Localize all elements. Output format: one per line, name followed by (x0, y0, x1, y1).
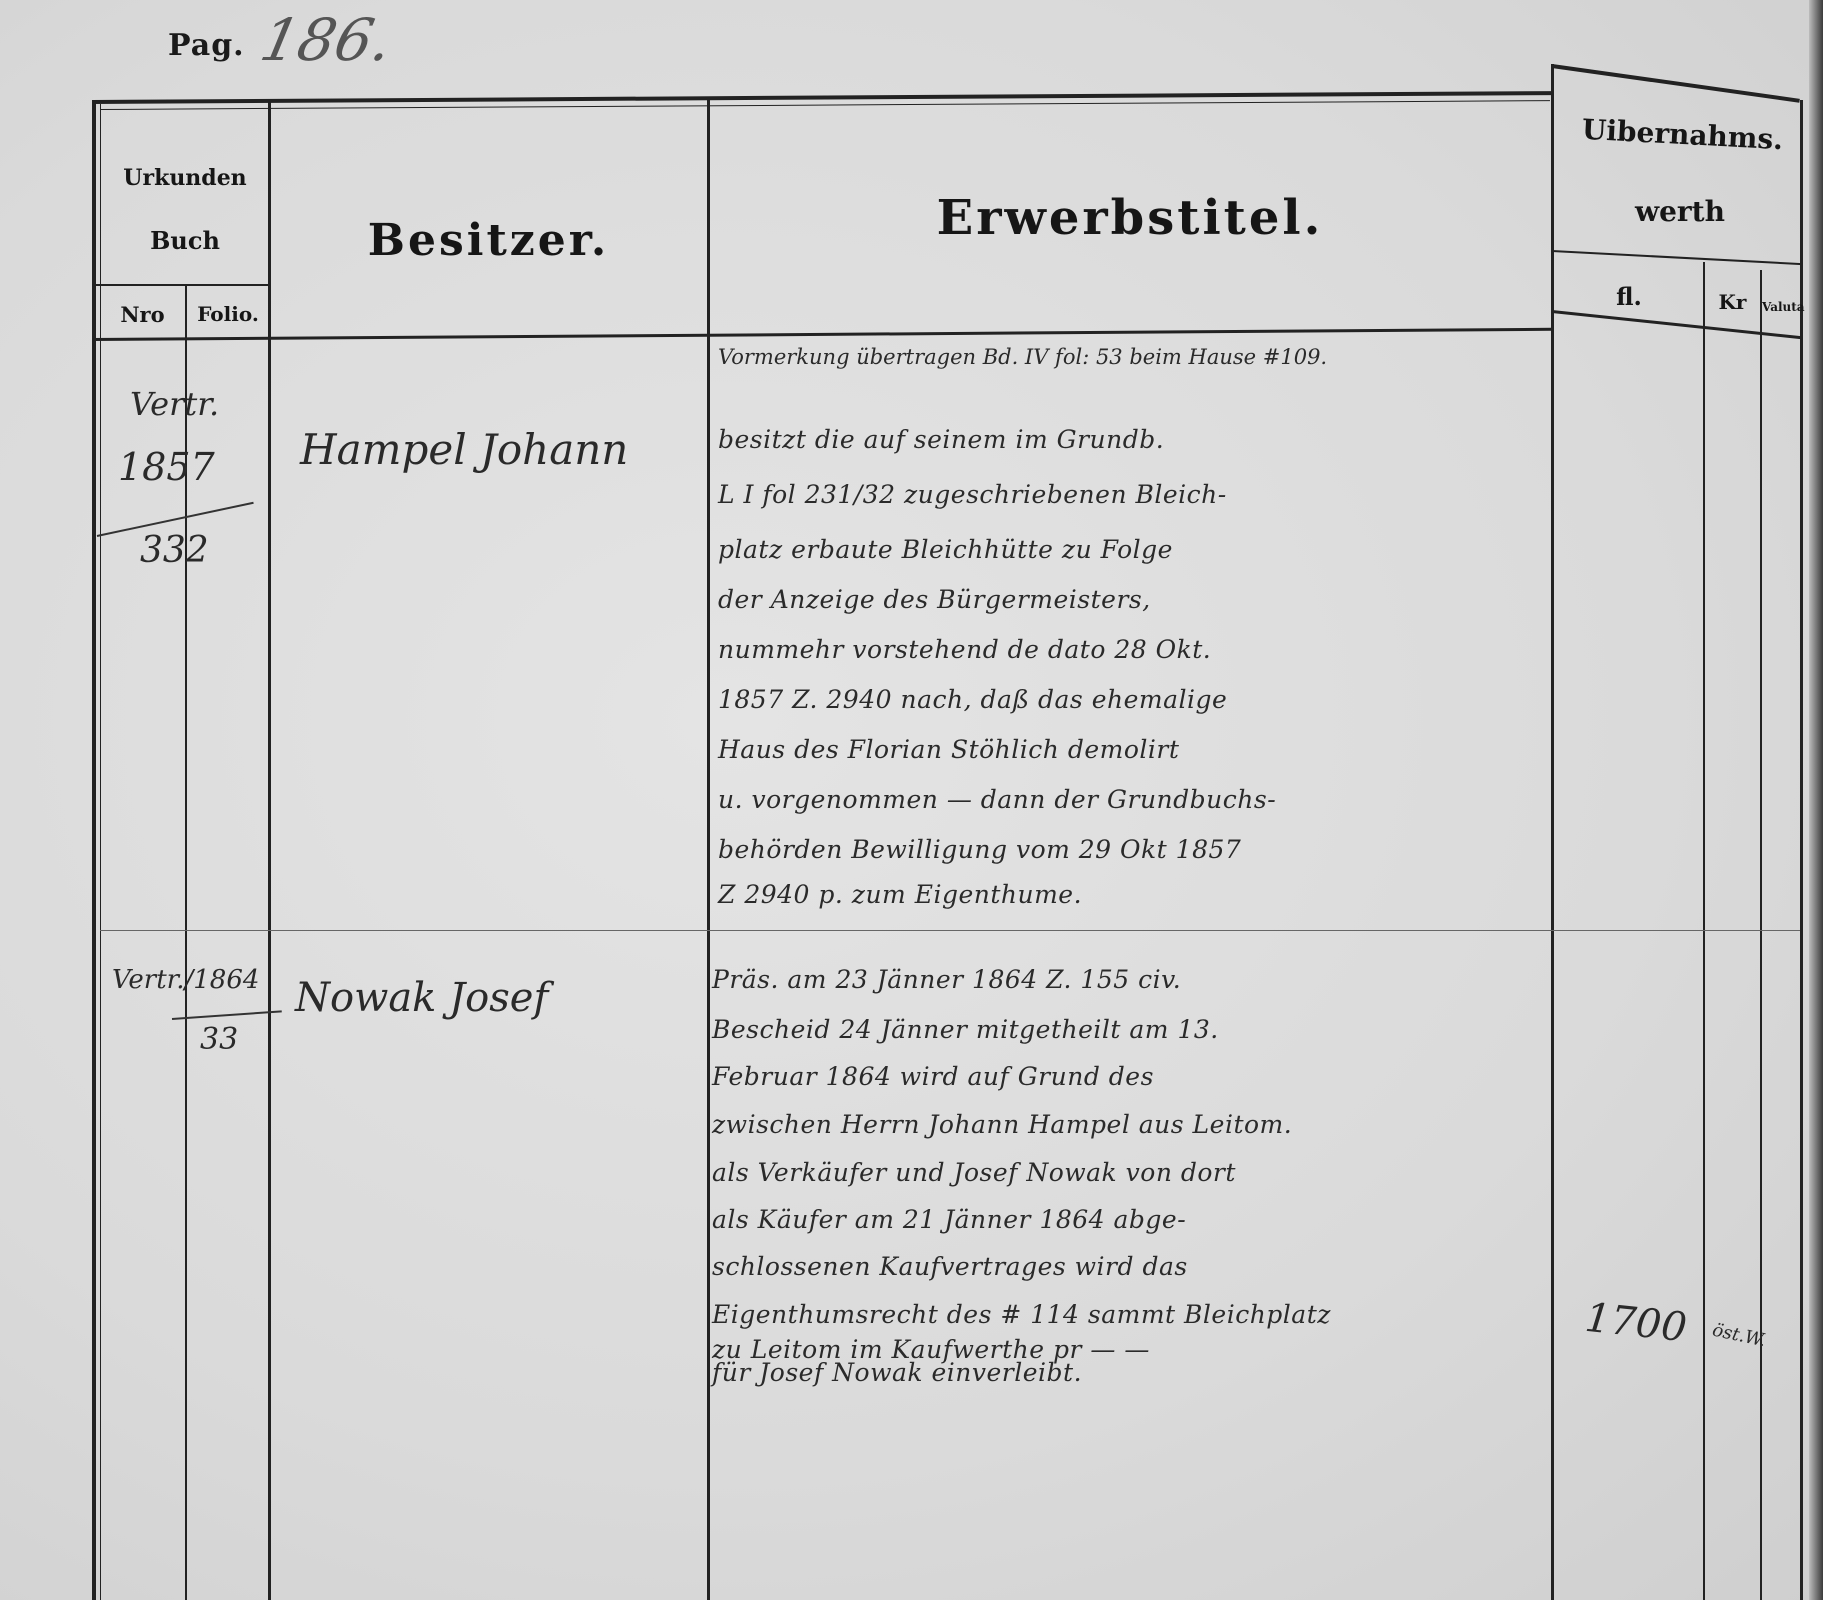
entry-nro-line2: 33 (200, 1022, 238, 1057)
header-erwerbstitel: Erwerbstitel. (710, 190, 1550, 246)
entry-erwerbstitel-line: als Käufer am 21 Jänner 1864 abge- (712, 1205, 1186, 1234)
entry-erwerbstitel-line: nummehr vorstehend de dato 28 Okt. (718, 635, 1211, 664)
entry-erwerbstitel-line: 1857 Z. 2940 nach, daß das ehemalige (718, 685, 1227, 714)
header-uibernahms: Uibernahms. (1559, 112, 1805, 158)
column-border-left-outer (92, 100, 96, 1600)
entry-erwerbstitel-line: Eigenthumsrecht des # 114 sammt Bleichpl… (712, 1300, 1331, 1329)
header-werth-text: werth (1560, 195, 1800, 228)
entry-nro-divider (172, 1010, 282, 1020)
entry-besitzer: Nowak Josef (295, 975, 548, 1021)
page-label: Pag. (168, 28, 245, 63)
entry-separator (100, 930, 1800, 931)
column-border-kr-valuta (1760, 270, 1762, 1600)
entry-nro-line1: Vertr./1864 (112, 965, 259, 995)
header-folio: Folio. (186, 302, 270, 326)
ledger-page: Pag. 186. Urkunden Buch Nro Folio. Besit… (0, 0, 1823, 1600)
entry-erwerbstitel-line: Februar 1864 wird auf Grund des (712, 1062, 1154, 1091)
page-number: 186. (255, 6, 399, 74)
column-border-fl-kr (1703, 262, 1705, 1600)
header-besitzer: Besitzer. (270, 215, 707, 266)
header-buch: Buch (100, 226, 270, 255)
header-bottom-rule-right (1552, 310, 1801, 339)
header-nro: Nro (100, 302, 185, 327)
entry-erwerbstitel-line: für Josef Nowak einverleibt. (712, 1358, 1082, 1387)
urkunden-subheader-rule (95, 284, 270, 286)
column-border-right (1800, 100, 1803, 1600)
entry-erwerbstitel-line: Bescheid 24 Jänner mitgetheilt am 13. (712, 1015, 1219, 1044)
entry-erwerbstitel-line: als Verkäufer und Josef Nowak von dort (712, 1158, 1236, 1187)
entry-erwerbstitel-note: Vormerkung übertragen Bd. IV fol: 53 bei… (718, 345, 1327, 369)
entry-erwerbstitel-line: Z 2940 p. zum Eigenthume. (718, 880, 1082, 909)
header-bottom-rule (93, 328, 1553, 341)
header-valuta: Valuta (1762, 300, 1802, 314)
entry-erwerbstitel-line: schlossenen Kaufvertrages wird das (712, 1252, 1188, 1281)
column-border-erwerbstitel-uibernahms (1551, 64, 1554, 1600)
header-urkunden: Urkunden (100, 165, 270, 191)
entry-erwerbstitel-line: L I fol 231/32 zugeschriebenen Bleich- (718, 480, 1227, 509)
entry-erwerbstitel-line: der Anzeige des Bürgermeisters, (718, 585, 1151, 614)
column-border-besitzer-erwerbstitel (707, 100, 710, 1600)
entry-erwerbstitel-line: u. vorgenommen — dann der Grundbuchs- (718, 785, 1276, 814)
entry-erwerbstitel-line: behörden Bewilligung vom 29 Okt 1857 (718, 835, 1241, 864)
entry-erwerbstitel-line: besitzt die auf seinem im Grundb. (718, 425, 1164, 454)
column-border-folio-besitzer (268, 102, 271, 1600)
column-border-left-inner (100, 104, 101, 1600)
entry-nro-line1: Vertr. (130, 385, 219, 423)
entry-folio: 332 (140, 530, 209, 571)
entry-besitzer: Hampel Johann (300, 425, 628, 474)
book-spine-edge (1809, 0, 1823, 1600)
entry-nro-line2: 1857 (118, 445, 215, 489)
table-top-border-right (1552, 64, 1800, 103)
entry-value-fl: 1700 (1583, 1295, 1689, 1351)
header-kr: Kr (1705, 290, 1760, 314)
entry-erwerbstitel-line: Präs. am 23 Jänner 1864 Z. 155 civ. (712, 965, 1181, 994)
entry-erwerbstitel-line: Haus des Florian Stöhlich demolirt (718, 735, 1179, 764)
uibernahms-subheader-rule (1552, 250, 1802, 265)
entry-erwerbstitel-line: zwischen Herrn Johann Hampel aus Leitom. (712, 1110, 1292, 1139)
header-fl: fl. (1555, 282, 1703, 311)
entry-erwerbstitel-line: platz erbaute Bleichhütte zu Folge (718, 535, 1173, 564)
